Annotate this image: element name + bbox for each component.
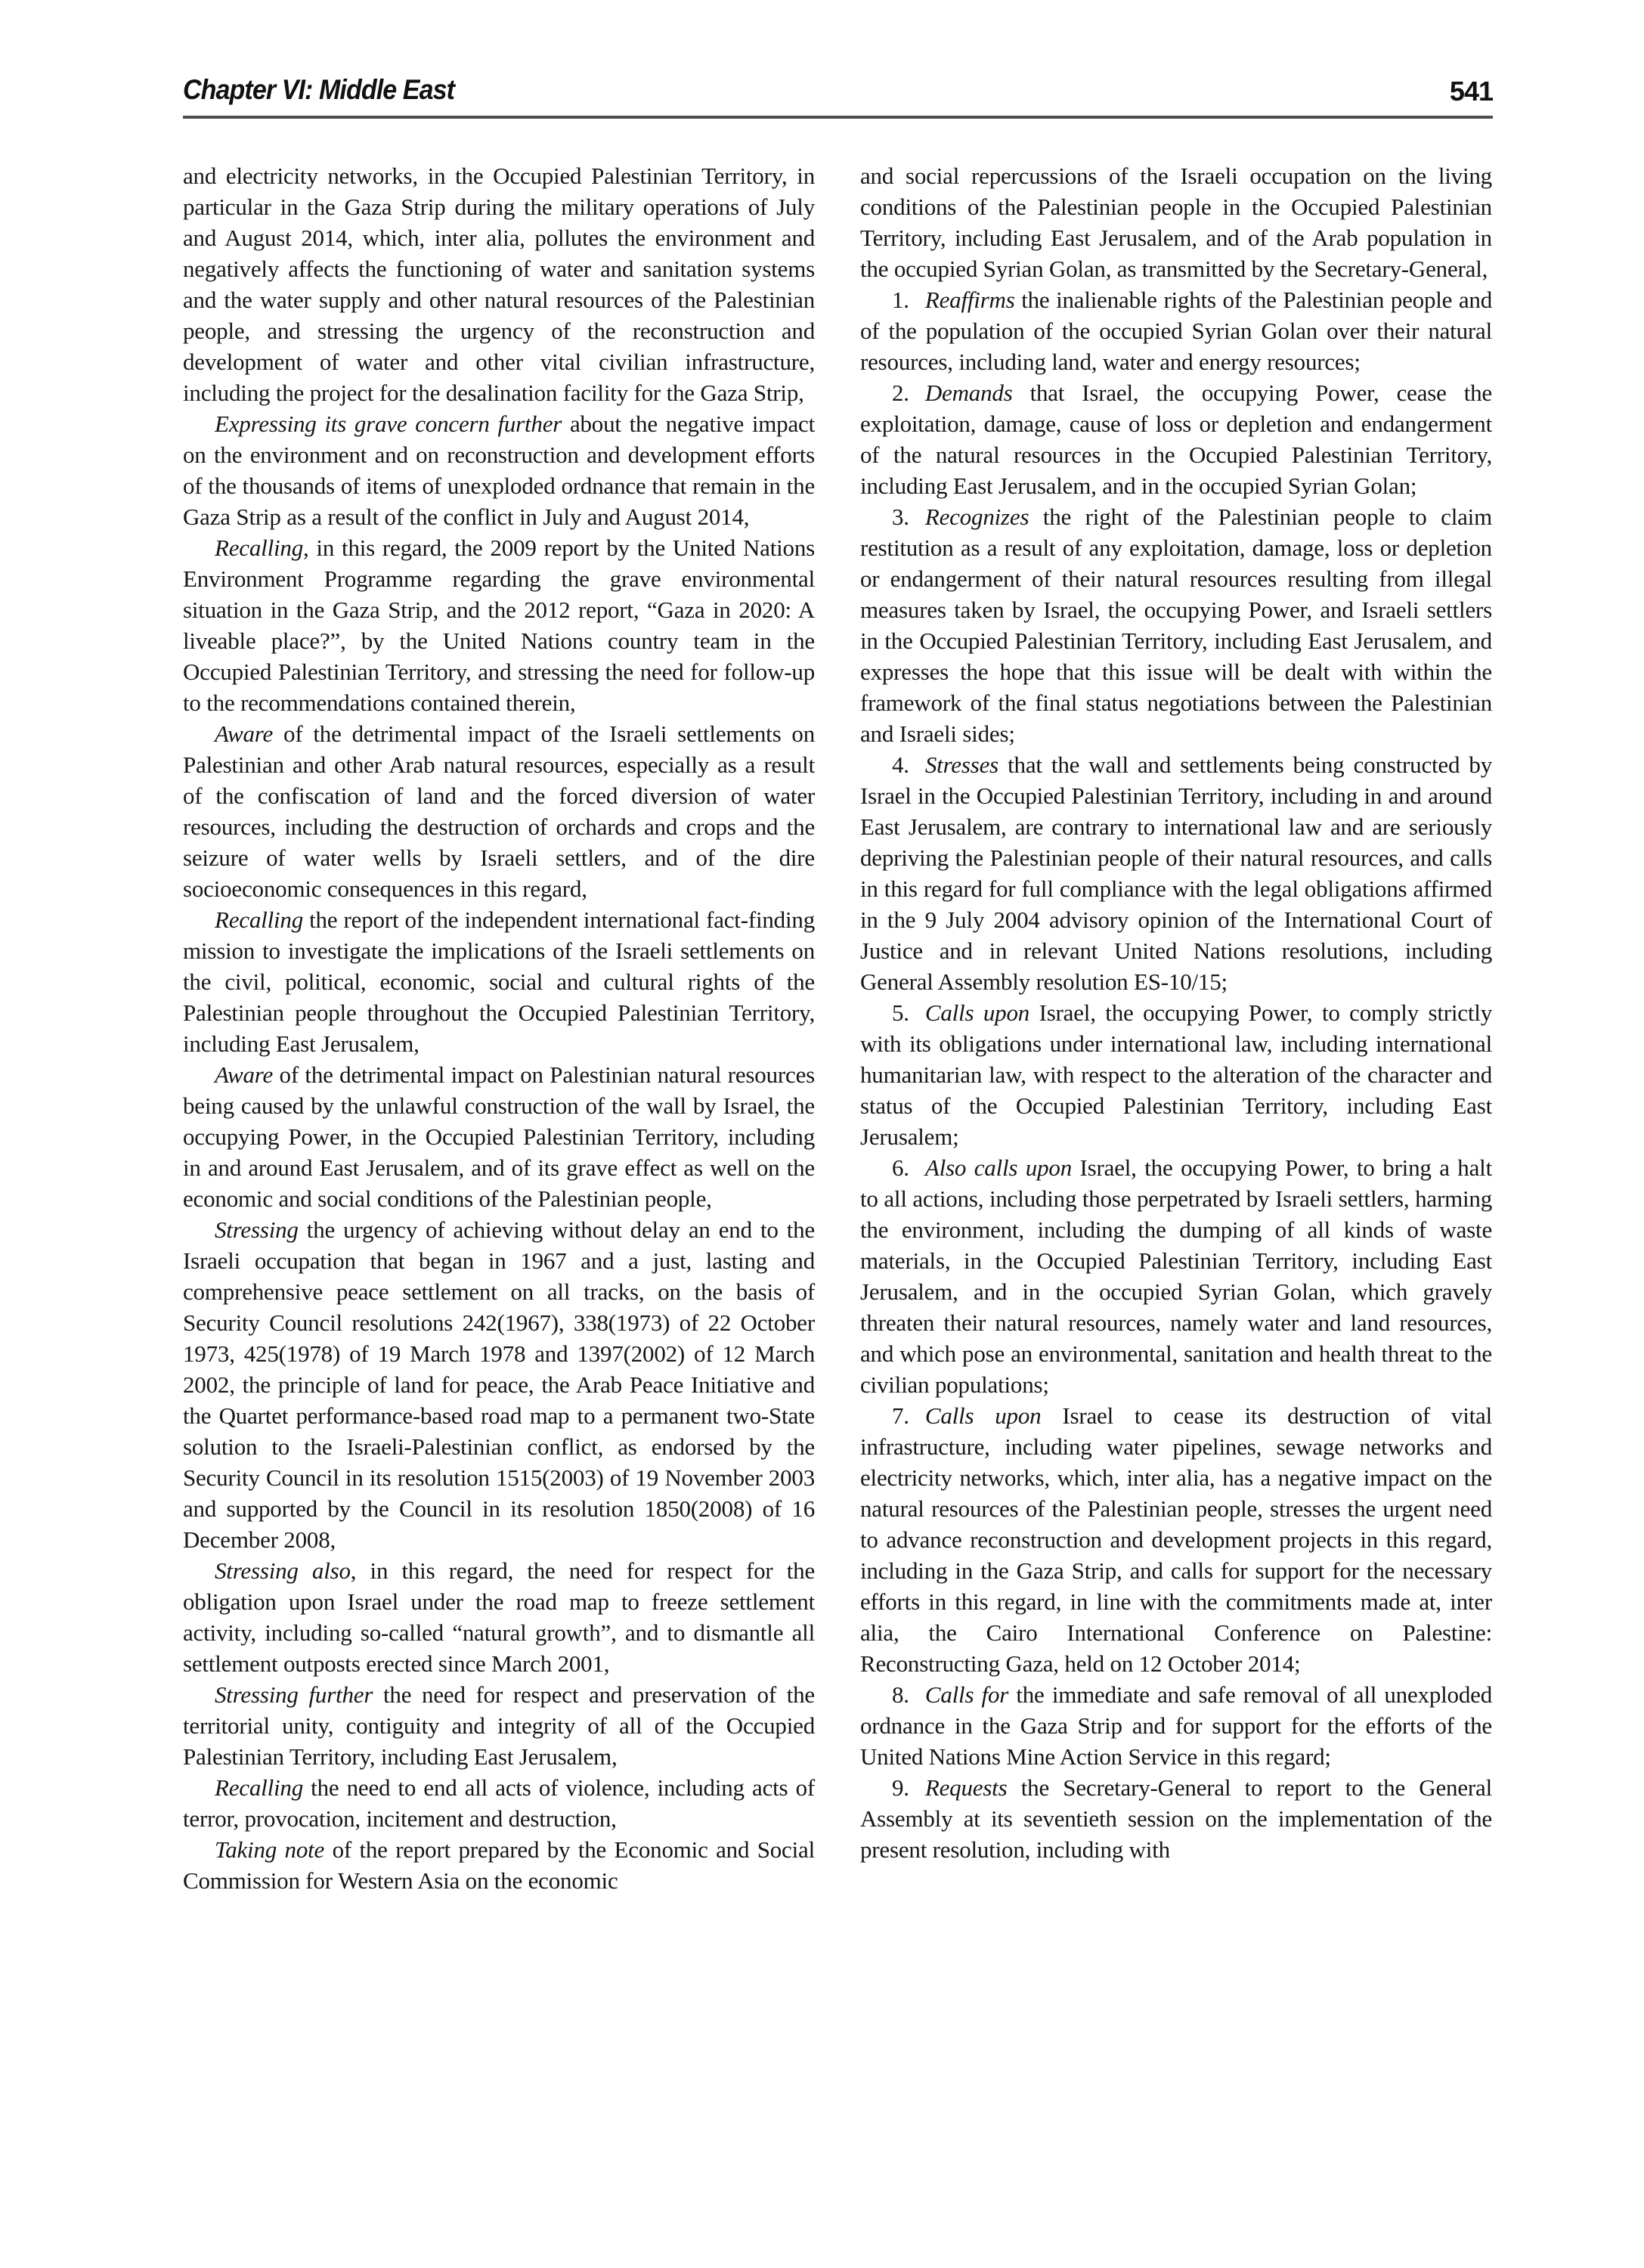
preamble-paragraph: Stressing the urgency of achieving witho… bbox=[183, 1214, 815, 1555]
paragraph-text: Israel, the occupying Power, to bring a … bbox=[860, 1154, 1492, 1398]
lead-phrase: Recognizes bbox=[925, 503, 1029, 530]
preamble-paragraph: Expressing its grave concern further abo… bbox=[183, 408, 815, 532]
lead-phrase: Reaffirms bbox=[925, 287, 1015, 313]
lead-phrase: Calls upon bbox=[925, 1402, 1042, 1429]
numbered-clause: 7.Calls upon Israel to cease its destruc… bbox=[860, 1400, 1492, 1679]
numbered-clause: 4.Stresses that the wall and settlements… bbox=[860, 749, 1492, 997]
clause-number: 3. bbox=[892, 503, 909, 530]
preamble-paragraph: Aware of the detrimental impact of the I… bbox=[183, 718, 815, 904]
paragraph-text: the right of the Palestinian people to c… bbox=[860, 503, 1492, 747]
lead-phrase: Calls upon bbox=[925, 999, 1029, 1026]
lead-phrase: Stresses bbox=[925, 751, 998, 778]
left-text-column: and electricity networks, in the Occupie… bbox=[183, 160, 815, 1896]
page-number: 541 bbox=[1450, 76, 1493, 107]
paragraph-text: Israel to cease its destruction of vital… bbox=[860, 1402, 1492, 1677]
clause-number: 8. bbox=[892, 1681, 909, 1708]
clause-number: 5. bbox=[892, 999, 909, 1026]
document-page: Chapter VI: Middle East 541 and electric… bbox=[0, 0, 1644, 2268]
paragraph-text: and social repercussions of the Israeli … bbox=[860, 163, 1492, 282]
paragraph-text: and electricity networks, in the Occupie… bbox=[183, 163, 815, 406]
lead-phrase: Requests bbox=[925, 1774, 1008, 1801]
lead-phrase: Demands bbox=[925, 380, 1013, 406]
preamble-paragraph: Stressing also, in this regard, the need… bbox=[183, 1555, 815, 1679]
clause-number: 4. bbox=[892, 751, 909, 778]
running-header: Chapter VI: Middle East 541 bbox=[183, 74, 1493, 115]
paragraph-text: of the detrimental impact on Palestinian… bbox=[183, 1061, 815, 1212]
numbered-clause: 2.Demands that Israel, the occupying Pow… bbox=[860, 377, 1492, 501]
clause-number: 9. bbox=[892, 1774, 909, 1801]
numbered-clause: 1.Reaffirms the inalienable rights of th… bbox=[860, 284, 1492, 377]
lead-phrase: Recalling bbox=[215, 1774, 303, 1801]
preamble-paragraph: and social repercussions of the Israeli … bbox=[860, 160, 1492, 284]
lead-phrase: Recalling bbox=[215, 906, 303, 933]
lead-phrase: Stressing bbox=[215, 1216, 299, 1243]
lead-phrase: Stressing further bbox=[215, 1681, 373, 1708]
numbered-clause: 3.Recognizes the right of the Palestinia… bbox=[860, 501, 1492, 749]
paragraph-text: , in this regard, the 2009 report by the… bbox=[183, 534, 815, 716]
preamble-paragraph: Aware of the detrimental impact on Pales… bbox=[183, 1059, 815, 1214]
numbered-clause: 5.Calls upon Israel, the occupying Power… bbox=[860, 997, 1492, 1152]
lead-phrase: Aware bbox=[215, 720, 273, 747]
header-rule bbox=[183, 116, 1493, 119]
preamble-paragraph: and electricity networks, in the Occupie… bbox=[183, 160, 815, 408]
clause-number: 1. bbox=[892, 287, 909, 313]
lead-phrase: Aware bbox=[215, 1061, 273, 1088]
clause-number: 2. bbox=[892, 380, 909, 406]
lead-phrase: Calls for bbox=[925, 1681, 1008, 1708]
lead-phrase: Stressing also bbox=[215, 1557, 351, 1584]
clause-number: 7. bbox=[892, 1402, 909, 1429]
lead-phrase: Expressing its grave concern further bbox=[215, 411, 562, 437]
lead-phrase: Recalling bbox=[215, 534, 303, 561]
preamble-paragraph: Recalling, in this regard, the 2009 repo… bbox=[183, 532, 815, 718]
lead-phrase: Also calls upon bbox=[925, 1154, 1072, 1181]
numbered-clause: 8.Calls for the immediate and safe remov… bbox=[860, 1679, 1492, 1772]
numbered-clause: 9.Requests the Secretary-General to repo… bbox=[860, 1772, 1492, 1865]
preamble-paragraph: Recalling the need to end all acts of vi… bbox=[183, 1772, 815, 1834]
clause-number: 6. bbox=[892, 1154, 909, 1181]
preamble-paragraph: Recalling the report of the independent … bbox=[183, 904, 815, 1059]
preamble-paragraph: Taking note of the report prepared by th… bbox=[183, 1834, 815, 1896]
chapter-title: Chapter VI: Middle East bbox=[183, 74, 454, 106]
preamble-paragraph: Stressing further the need for respect a… bbox=[183, 1679, 815, 1772]
lead-phrase: Taking note bbox=[215, 1836, 324, 1863]
paragraph-text: the urgency of achieving without delay a… bbox=[183, 1216, 815, 1553]
right-text-column: and social repercussions of the Israeli … bbox=[860, 160, 1492, 1865]
numbered-clause: 6.Also calls upon Israel, the occupying … bbox=[860, 1152, 1492, 1400]
paragraph-text: that the wall and settlements being cons… bbox=[860, 751, 1492, 995]
paragraph-text: of the detrimental impact of the Israeli… bbox=[183, 720, 815, 902]
